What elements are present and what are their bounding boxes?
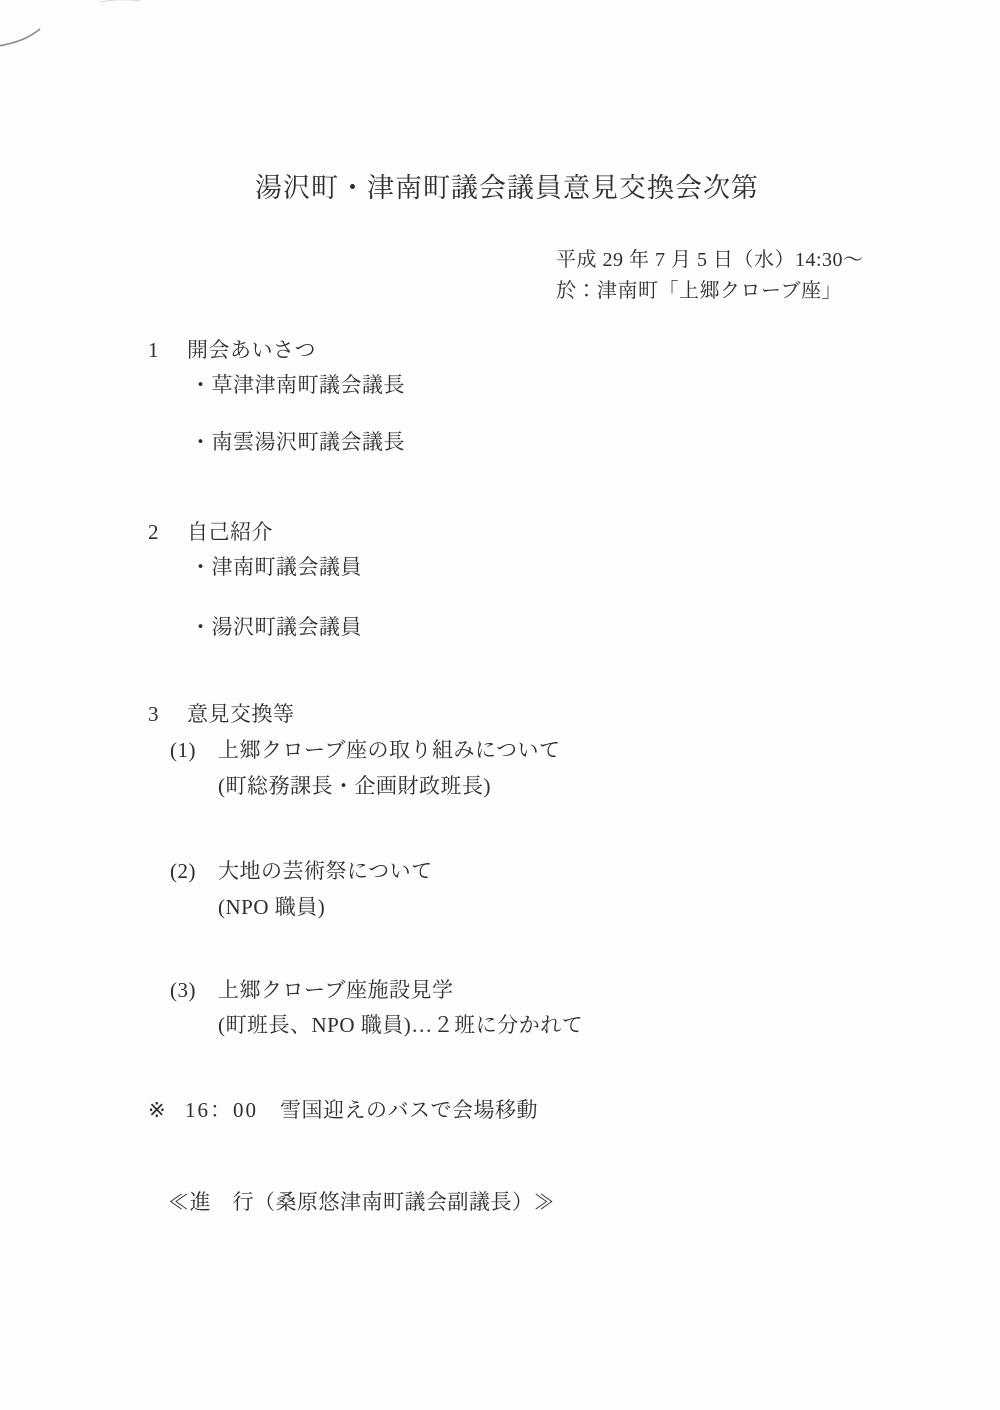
bullet-icon: ・ (190, 555, 212, 579)
subitem-3-note: (町班長、NPO 職員)…２班に分かれて (218, 1012, 583, 1038)
section-3-heading: 3意見交換等 (148, 701, 295, 727)
document-title: 湯沢町・津南町議会議員意見交換会次第 (255, 166, 759, 205)
scan-artifact-line (0, 0, 140, 70)
section-1-item-2: ・南雲湯沢町議会議長 (190, 429, 405, 455)
section-2-number: 2 (148, 519, 187, 545)
reference-mark-icon: ※ (148, 1097, 185, 1123)
document-page: 湯沢町・津南町議会議員意見交換会次第 平成 29 年 7 月 5 日（水）14:… (0, 0, 1000, 1410)
subitem-1-note: (町総務課長・企画財政班長) (218, 773, 491, 799)
section-3-number: 3 (148, 701, 187, 727)
subitem-2-label: (2) (170, 858, 218, 884)
section-2-item-2: ・湯沢町議会議員 (190, 614, 362, 640)
section-1-item-1-label: 草津津南町議会議長 (212, 373, 406, 397)
section-3-subitem-3: (3)上郷クローブ座施設見学 (170, 977, 453, 1003)
subitem-2-note: (NPO 職員) (218, 894, 325, 920)
date-line: 平成 29 年 7 月 5 日（水）14:30～ (556, 248, 864, 273)
footnote-line: ※16：00雪国迎えのバスで会場移動 (148, 1097, 538, 1123)
section-2-heading: 2自己紹介 (148, 519, 273, 545)
section-2-item-1-label: 津南町議会議員 (212, 555, 363, 579)
subitem-1-label: (1) (170, 737, 218, 763)
section-3-subitem-2: (2)大地の芸術祭について (170, 858, 433, 884)
subitem-1-title: 上郷クローブ座の取り組みについて (218, 738, 561, 762)
section-1-number: 1 (148, 337, 187, 363)
section-2-item-1: ・津南町議会議員 (190, 554, 362, 580)
bullet-icon: ・ (190, 373, 212, 397)
section-3-subitem-1: (1)上郷クローブ座の取り組みについて (170, 737, 561, 763)
section-3-title: 意見交換等 (187, 702, 295, 726)
section-2-title: 自己紹介 (187, 520, 273, 544)
section-1-heading: 1開会あいさつ (148, 337, 316, 363)
subitem-3-label: (3) (170, 977, 218, 1003)
subitem-2-title: 大地の芸術祭について (218, 859, 433, 883)
venue-line: 於：津南町「上郷クローブ座」 (556, 279, 842, 304)
facilitator-line: ≪進 行（桑原悠津南町議会副議長）≫ (168, 1189, 555, 1215)
footnote-text: 雪国迎えのバスで会場移動 (280, 1098, 538, 1122)
section-1-item-1: ・草津津南町議会議長 (190, 372, 405, 398)
subitem-3-title: 上郷クローブ座施設見学 (218, 978, 453, 1002)
section-1-item-2-label: 南雲湯沢町議会議長 (212, 430, 406, 454)
section-2-item-2-label: 湯沢町議会議員 (212, 615, 363, 639)
bullet-icon: ・ (190, 430, 212, 454)
footnote-time: 16：00 (185, 1097, 258, 1123)
bullet-icon: ・ (190, 615, 212, 639)
section-1-title: 開会あいさつ (187, 338, 316, 362)
